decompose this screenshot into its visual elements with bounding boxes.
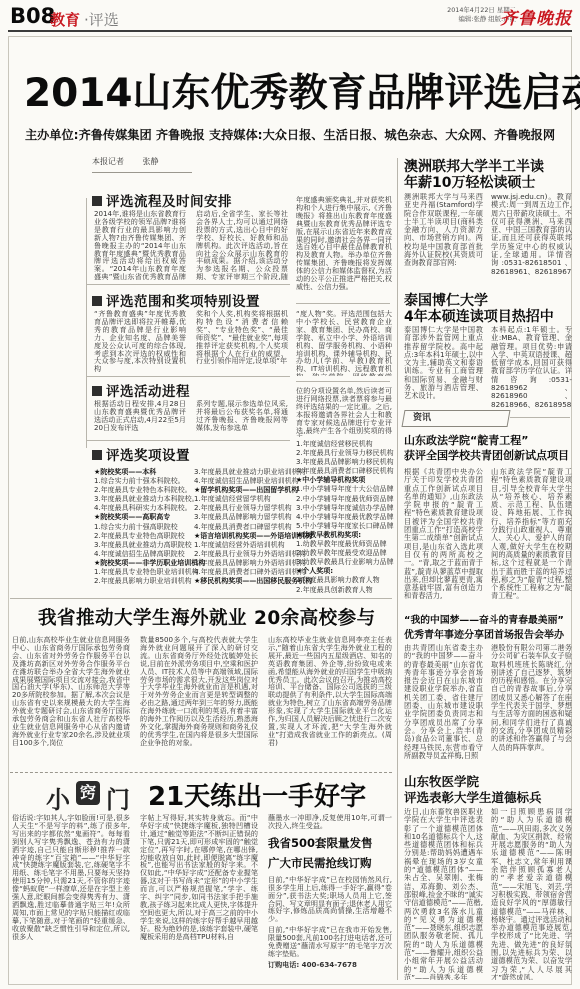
award-item: 1.年度诚信经营留学机构 xyxy=(194,495,296,504)
award-item: 4.年度最具消费者口碑移民机构 xyxy=(296,467,396,476)
kicker-boxed-char: 窍 xyxy=(76,781,100,805)
news-tab-label: 资讯 xyxy=(404,411,508,426)
lead-headline: 2014山东优秀教育品牌评选启动 xyxy=(24,62,556,118)
section-header-awards: 评选奖项设置 xyxy=(92,444,190,464)
ad2-title-line2: 4年本硕连读项目热招中 xyxy=(404,306,554,326)
news2-col2: 港股份有限公司第二港务分公司矿石装车队女子验取料机班班长陈晓红,分别讲述了自己逐… xyxy=(491,644,572,764)
order-phone: 订购电话: 400-634-7678 xyxy=(268,961,392,969)
byline-label: 本报记者 xyxy=(92,157,124,166)
award-item: 2.年度最具专业特色高职院校 xyxy=(94,532,194,541)
news3-col1: 近日,山东畜牧兽医职业学院在大学生中评选表彰了一个道德模范团体和10名道德标兵个… xyxy=(404,808,483,980)
award-item: 4.年度最具消费者口碑外语培训机构 xyxy=(194,568,296,577)
deck-label-media: 支持媒体: xyxy=(209,128,263,142)
award-item: 1.年度诚信经营移民机构 xyxy=(296,440,396,449)
award-category: ★语言培训机构奖项——外语培训机构 xyxy=(194,532,296,541)
square-bullet-icon xyxy=(92,296,102,306)
award-item: 1.中小学辅导年度十大公信品牌 xyxy=(296,485,396,494)
award-item: 4.年度最具消费者口碑留学机构 xyxy=(194,523,296,532)
rail-divider xyxy=(397,158,398,980)
divider xyxy=(10,598,392,599)
award-category: ★院校奖项——本科 xyxy=(94,468,194,477)
divider xyxy=(86,440,290,441)
award-item: 2.中小学辅导年度最优师资品牌 xyxy=(296,495,396,504)
news1-title-line1: 山东政法学院“靛青工程” xyxy=(404,432,528,448)
award-category: ★移民机构奖项——出国移民服务机构 xyxy=(194,577,296,586)
paper-logo: 齐鲁晚报 xyxy=(500,4,572,29)
award-item: 3.年度最具品牌影响力移民机构 xyxy=(296,458,396,467)
award-category: ★院校奖项——非学历职业培训机构 xyxy=(94,559,194,568)
divider xyxy=(296,303,390,304)
award-item: 1.综合实力前十强本科院校。 xyxy=(94,477,194,486)
award-item: 3.年度最具品牌影响力留学机构 xyxy=(194,513,296,522)
overseas-col2: 数量8500多个,与高校代表就大学生海外就业问题展开了深入的研讨交流。山东省商务… xyxy=(140,636,258,766)
award-item: 3.中小学辅导年度诚信办学品牌 xyxy=(296,504,396,513)
section-title: 评选奖项设置 xyxy=(106,448,190,464)
square-bullet-icon xyxy=(92,386,102,396)
news-section-tab: 资讯 xyxy=(402,410,511,427)
award-item: 1.综合实力前十强高职院校 xyxy=(94,523,194,532)
news1-title-line2: 获评全国学校共青团创新试点项目 xyxy=(404,447,569,463)
kicker-right: 门 xyxy=(106,780,130,815)
award-item: 2.年度最具行业领导力移民机构 xyxy=(296,449,396,458)
news3-title-line2: 评选表彰大学生道德标兵 xyxy=(404,788,542,806)
award-item: 4.中小学辅导年度最优教学品牌 xyxy=(296,513,396,522)
award-item: 3.年度最具品牌影响力外语培训机构 xyxy=(194,559,296,568)
lead-deck: 主办单位:齐鲁传媒集团 齐鲁晚报 支持媒体:大众日报、生活日报、城色杂志、大众网… xyxy=(14,126,566,143)
deck-organizer: 齐鲁传媒集团 齐鲁晚报 xyxy=(79,128,209,142)
news1-col1: 根据《共青团中央办公厅关于印发学校共青团重点工作创新试点项目名单的通知》,山东政… xyxy=(404,468,483,604)
date-line: 2014年4月22日 星期二 xyxy=(400,6,516,15)
overseas-headline: 我省推动大学生海外就业 20余高校参与 xyxy=(38,604,376,630)
award-category: ★幼教早教机构奖项: xyxy=(296,531,396,540)
writing-headline: 21天练出一手好字 xyxy=(148,776,366,813)
award-item: 3.年度最具就业推动力本科院校。 xyxy=(94,495,194,504)
section-header-scope: 评选范围和奖项特别设置 xyxy=(92,290,260,310)
news1-col2: 山东政法学院“靛青工程”特色素质教育建设项目,引导全校青年大学生从“培养核心、培… xyxy=(491,468,572,604)
writing-col3-p2: 目前,“中华好字成”已在我市开始发售,限量500套,凡前100名打进电话者,还可… xyxy=(268,926,392,958)
award-category: ★留学机构奖项——出国留学机构 xyxy=(194,486,296,495)
ad1-col1: 澳洲联邦大学与马来西亚史丹福(Stamford)学院合作双联课程,一年硕士半工半… xyxy=(404,193,483,287)
news2-title-line2: 优秀青年事迹分享团首场报告会举办 xyxy=(404,626,564,641)
newspaper-page: B08 教育 ·评选 2014年4月22日 星期二 编辑:张静 组版:卢红 齐鲁… xyxy=(0,0,580,989)
writing-col3: 蘸墨水一冲即净,反复使用10年,可谓一次投入,终生受益。 我省500套限量发售 … xyxy=(268,814,392,982)
divider xyxy=(86,376,290,377)
award-item: 2.年度最具专业特色本科院校。 xyxy=(94,486,194,495)
award-item: 1.年度最具影响力教育人物 xyxy=(296,576,396,585)
tab-rule xyxy=(510,417,570,418)
news2-col1: 由共青团山东省委主办的“我的中国梦——奋斗的青春最美丽”山东省优秀青年事迹分享会… xyxy=(404,644,483,764)
page-number: B08 xyxy=(10,4,55,28)
award-category: ★院校奖项——高职高专 xyxy=(94,513,194,522)
lead-continuation-3: 位的分项设置名单,然后读者可进行网络投票,读者票将参与最终评选结果的一定比重。之… xyxy=(296,387,392,437)
lead-continuation-1: 年度盛典颁奖典礼,并对获奖机构和个人进行集中展示,《齐鲁晚报》将推出山东教育年度… xyxy=(296,196,392,296)
section2-col1: “齐鲁教育盛典”年度优秀教育品牌评选即将拉开帷幕,优秀的教育品牌是行业影响力、企… xyxy=(94,310,186,374)
section2-col2: 奖和个人奖,机构奖将根据机构特色设“消费者信赖奖”、“专业特色奖”、“最佳师资奖… xyxy=(196,310,288,374)
overseas-col3: 山东高校毕业生就业信息网李亮主任表示,“随着山东省大学生海外就业工程的展开,最近… xyxy=(268,636,392,766)
staff-line: 编辑:张静 组版:卢红 xyxy=(400,15,516,24)
award-item: 2.幼教早教年度最受欢迎品牌 xyxy=(296,549,396,558)
awards-column-1: ★院校奖项——本科1.综合实力前十强本科院校。2.年度最具专业特色本科院校。3.… xyxy=(94,468,194,586)
section-title: 评选流程及时间安排 xyxy=(106,194,232,210)
dashed-divider xyxy=(10,772,392,773)
deck-media: 大众日报、生活日报、城色杂志、大众网、齐鲁晚报网 xyxy=(263,128,556,142)
award-item: 4.年度诚信招生品牌高职院校 xyxy=(94,550,194,559)
writing-col1: 俗话说:字如其人,字如脸面!可是,很多人天生“不是写字的料”,练了很多年,写出来… xyxy=(12,814,130,982)
writing-subhead-1: 我省500套限量发售 xyxy=(268,835,392,851)
news2-title-line1: “我的中国梦——奋斗的青春最美丽” xyxy=(404,612,564,626)
section-label: 教育 xyxy=(50,9,80,30)
header-rule xyxy=(8,30,572,32)
award-item: 2.年度最具影响力职业培训机构 xyxy=(94,577,194,586)
subsection-label: ·评选 xyxy=(84,9,119,30)
kicker-left: 小 xyxy=(46,780,70,815)
section-title: 评选活动进程 xyxy=(106,384,190,400)
section1-col1: 2014年,谁将是山东省教育行业各级学校的领军品牌?谁将是教育行业的最具影响力创… xyxy=(94,210,186,280)
section-connector-line xyxy=(86,198,87,448)
awards-column-3: 1.年度诚信经营移民机构2.年度最具行业领导力移民机构3.年度最具品牌影响力移民… xyxy=(296,440,396,595)
square-bullet-icon xyxy=(92,196,102,206)
award-item: 1.幼教早教年度最优师资品牌 xyxy=(296,540,396,549)
award-item: 4.年度诚信招生品牌职业培训机构 xyxy=(194,477,296,486)
deck-label-organizer: 主办单位: xyxy=(25,128,79,142)
section3-col2: 系列专题,展示参选单位风采,并将最后公布获奖名单,将通过齐鲁晚报、齐鲁晚报网等媒… xyxy=(196,400,288,434)
writing-col3-intro: 蘸墨水一冲即净,反复使用10年,可谓一次投入,终生受益。 xyxy=(268,814,392,830)
writing-col3-p1: 目前,“中华好字成”已在校园悄然风行,很多学生用上后,练得一手好字,赢得“卷面分… xyxy=(268,876,392,923)
section-header-process: 评选流程及时间安排 xyxy=(92,190,232,210)
ad2-col2: 本科起点:1年硕士。专业:MBA、教育管理、金融管理。项目优势:申请入学、中英双… xyxy=(491,326,572,408)
writing-subhead-2: 广大市民需抢线订购 xyxy=(268,855,392,871)
ad1-col2: www.jsj.edu.cn)。教育模式:周一到周五边工作,周六日带薪攻读硕士。… xyxy=(491,193,572,287)
lead-continuation-2: “度人物”奖。评选范围包括大中小学校长、民营教育企业家、教育集团、民办高校、商学… xyxy=(296,310,392,376)
award-item: 3.年度最具就业推动力高职院校 xyxy=(94,541,194,550)
award-item: 2.年度最具行业领导力外语培训机构 xyxy=(194,550,296,559)
section-header-schedule: 评选活动进程 xyxy=(92,380,190,400)
byline-name: 张静 xyxy=(143,157,159,166)
byline: 本报记者 张静 xyxy=(92,156,192,173)
dateline-block: 2014年4月22日 星期二 编辑:张静 组版:卢红 xyxy=(400,6,516,24)
section-title: 评选范围和奖项特别设置 xyxy=(106,294,260,310)
award-item: 2.年度最具创新教育人物 xyxy=(296,586,396,595)
overseas-col1: 日前,山东高校毕业生就业信息网服务中心、山东省商务厅国际承包劳务商会、山东省对外… xyxy=(12,636,130,766)
writing-col2: 字帖上写得好,其实转身就忘。而“中华好字成”快捷练字魔板,独特凹槽设计,通过“触… xyxy=(140,814,258,982)
ad2-col1: 泰国博仁大学是中国教育部涉外监管网上重点推荐留学院校。高中起点:3年本科1年硕士… xyxy=(404,326,483,408)
divider xyxy=(86,284,290,285)
square-bullet-icon xyxy=(92,450,102,460)
award-item: 3.年度最具就业推动力职业培训机构 xyxy=(194,468,296,477)
award-item: 1.年度最具专业特色职业培训机构 xyxy=(94,568,194,577)
section1-col2: 启动后,全省学生、家长等社会各界人士,均可以通过网络投票的方式,选出心目中的好学… xyxy=(196,210,288,280)
award-item: 5.中小学辅导年度家长口碑品牌 xyxy=(296,522,396,531)
section3-col1: 根据活动日程安排,4月28日山东教育盛典暨优秀品牌评选活动正式启动,4月22至5… xyxy=(94,400,186,434)
divider xyxy=(296,381,390,382)
news3-col2: 如一日照顾患病同学的“助人为乐道德模范”——巩田雨,多次义务献血、为灾区捐款、经… xyxy=(491,808,572,980)
award-item: 1.年度诚信经营外语培训机构 xyxy=(194,541,296,550)
ad1-title-line2: 年薪10万轻松读硕士 xyxy=(404,172,535,192)
award-item: 3.幼教早教最具行业影响力品牌 xyxy=(296,558,396,567)
awards-column-2: 3.年度最具就业推动力职业培训机构4.年度诚信招生品牌职业培训机构★留学机构奖项… xyxy=(194,468,296,586)
